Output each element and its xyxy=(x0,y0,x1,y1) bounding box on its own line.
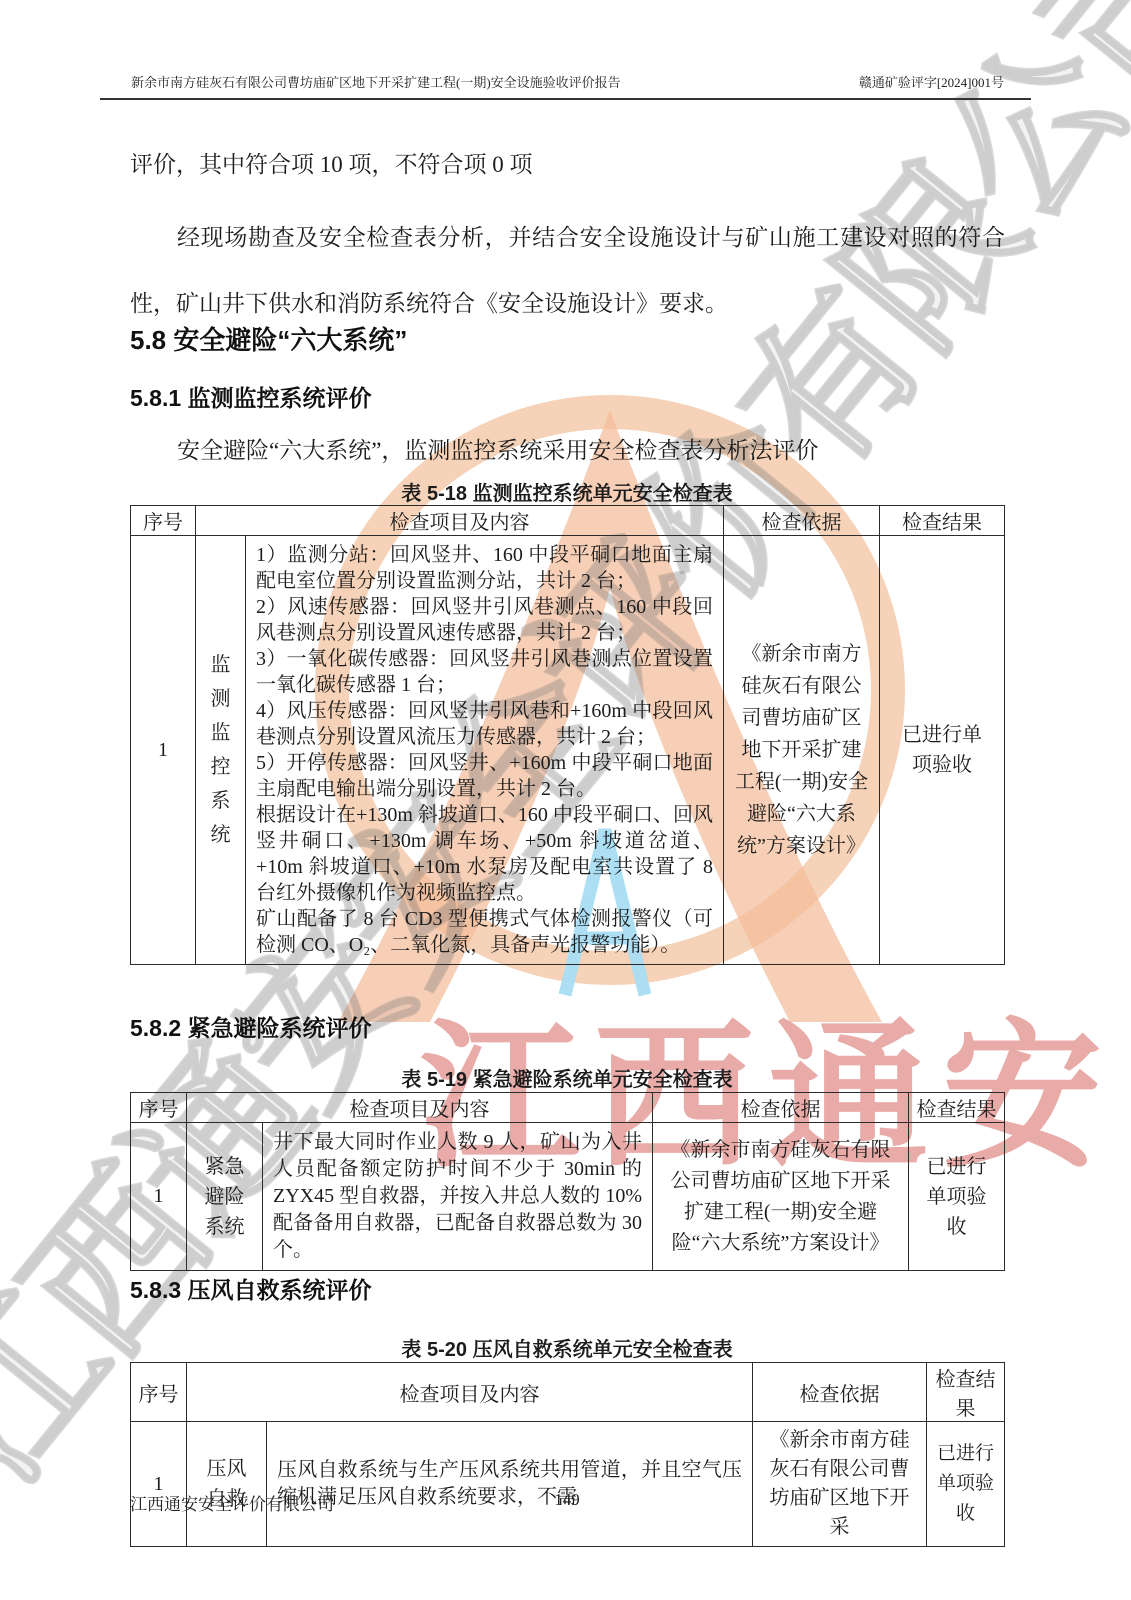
col-header-no: 序号 xyxy=(131,1093,187,1123)
table-5-18: 序号 检查项目及内容 检查依据 检查结果 1 监测监控系统 1）监测分站：回风竖… xyxy=(130,505,1005,965)
check-item: 2）风速传感器：回风竖井引风巷测点、160 中段回风巷测点分别设置风速传感器，共… xyxy=(256,594,713,646)
heading-5-8: 5.8 安全避险“六大系统” xyxy=(130,320,407,357)
col-header-result: 检查结果 xyxy=(927,1363,1005,1422)
table-5-18-caption: 表 5-18 监测监控系统单元安全检查表 xyxy=(130,477,1004,506)
table-header-row: 序号 检查项目及内容 检查依据 检查结果 xyxy=(131,1093,1005,1123)
footer-page-number: 149 xyxy=(130,1490,1004,1510)
paragraph-site-survey: 经现场勘查及安全检查表分析，并结合安全设施设计与矿山施工建设对照的符合性，矿山井… xyxy=(130,205,1005,337)
cell-check-content: 井下最大同时作业人数 9 人，矿山为入井人员配备额定防护时间不少于 30min … xyxy=(263,1123,653,1271)
table-header-row: 序号 检查项目及内容 检查依据 检查结果 xyxy=(131,506,1005,536)
col-header-no: 序号 xyxy=(131,506,196,536)
cell-check-basis: 《新余市南方硅灰石有限公司曹坊庙矿区地下开采扩建工程(一期)安全避险“六大系统”… xyxy=(724,536,880,965)
heading-5-8-2: 5.8.2 紧急避险系统评价 xyxy=(130,1010,372,1043)
col-header-content: 检查项目及内容 xyxy=(187,1363,753,1422)
page-header: 新余市南方硅灰石有限公司曹坊庙矿区地下开采扩建工程(一期)安全设施验收评价报告 … xyxy=(131,72,1004,91)
cell-check-result: 已进行单项验收 xyxy=(927,1422,1005,1547)
cell-check-content: 压风自救系统与生产压风系统共用管道，并且空气压缩机满足压风自救系统要求，不需 xyxy=(267,1422,753,1547)
cell-check-result: 已进行单项验收 xyxy=(880,536,1005,965)
cell-check-content: 1）监测分站：回风竖井、160 中段平硐口地面主扇配电室位置分别设置监测分站，共… xyxy=(246,536,724,965)
cell-check-basis: 《新余市南方硅灰石有限公司曹坊庙矿区地下开采 xyxy=(753,1422,927,1547)
header-doc-number: 赣通矿验评字[2024]001号 xyxy=(859,72,1004,91)
cell-serial-number: 1 xyxy=(131,1422,187,1547)
col-header-basis: 检查依据 xyxy=(724,506,880,536)
col-header-no: 序号 xyxy=(131,1363,187,1422)
cell-system-name: 监测监控系统 xyxy=(196,536,246,965)
col-header-basis: 检查依据 xyxy=(753,1363,927,1422)
check-item: 矿山配备了 8 台 CD3 型便携式气体检测报警仪（可检测 CO、O₂、二氧化氮… xyxy=(256,906,713,958)
vertical-system-label: 紧急避险系统 xyxy=(204,1152,246,1242)
report-page: 江西通安安全评价有限公司 江西通安 新余市南方硅灰石有限公司曹坊庙矿区地下开采扩… xyxy=(0,0,1131,1600)
cell-serial-number: 1 xyxy=(131,1123,187,1271)
page-content: 新余市南方硅灰石有限公司曹坊庙矿区地下开采扩建工程(一期)安全设施验收评价报告 … xyxy=(0,0,1131,1600)
header-rule xyxy=(100,98,1031,100)
paragraph-monitoring-intro: 安全避险“六大系统”，监测监控系统采用安全检查表分析法评价 xyxy=(130,432,1005,465)
table-5-20-caption: 表 5-20 压风自救系统单元安全检查表 xyxy=(130,1333,1004,1362)
check-item: 根据设计在+130m 斜坡道口、160 中段平硐口、回风竖井硐口、+130m 调… xyxy=(256,802,713,906)
cell-check-result: 已进行单项验收 xyxy=(909,1123,1005,1271)
check-item: 3）一氧化碳传感器：回风竖井引风巷测点位置设置一氧化碳传感器 1 台； xyxy=(256,646,713,698)
table-header-row: 序号 检查项目及内容 检查依据 检查结果 xyxy=(131,1363,1005,1422)
heading-5-8-3: 5.8.3 压风自救系统评价 xyxy=(130,1272,372,1305)
col-header-result: 检查结果 xyxy=(880,506,1005,536)
cell-system-name: 紧急避险系统 xyxy=(187,1123,263,1271)
table-row: 1 监测监控系统 1）监测分站：回风竖井、160 中段平硐口地面主扇配电室位置分… xyxy=(131,536,1005,965)
table-5-19-caption: 表 5-19 紧急避险系统单元安全检查表 xyxy=(130,1063,1004,1092)
cell-serial-number: 1 xyxy=(131,536,196,965)
vertical-system-label: 监测监控系统 xyxy=(210,648,232,852)
col-header-basis: 检查依据 xyxy=(653,1093,909,1123)
col-header-content: 检查项目及内容 xyxy=(196,506,724,536)
header-left-title: 新余市南方硅灰石有限公司曹坊庙矿区地下开采扩建工程(一期)安全设施验收评价报告 xyxy=(131,72,621,91)
col-header-result: 检查结果 xyxy=(909,1093,1005,1123)
cell-check-basis: 《新余市南方硅灰石有限公司曹坊庙矿区地下开采扩建工程(一期)安全避险“六大系统”… xyxy=(653,1123,909,1271)
check-item: 1）监测分站：回风竖井、160 中段平硐口地面主扇配电室位置分别设置监测分站，共… xyxy=(256,542,713,594)
table-5-20: 序号 检查项目及内容 检查依据 检查结果 1 压风自救 压风自救系统与生产压风系… xyxy=(130,1362,1005,1547)
table-row: 1 紧急避险系统 井下最大同时作业人数 9 人，矿山为入井人员配备额定防护时间不… xyxy=(131,1123,1005,1271)
col-header-content: 检查项目及内容 xyxy=(187,1093,653,1123)
table-5-19: 序号 检查项目及内容 检查依据 检查结果 1 紧急避险系统 井下最大同时作业人数… xyxy=(130,1092,1005,1271)
heading-5-8-1: 5.8.1 监测监控系统评价 xyxy=(130,380,372,413)
table-row: 1 压风自救 压风自救系统与生产压风系统共用管道，并且空气压缩机满足压风自救系统… xyxy=(131,1422,1005,1547)
cell-system-name: 压风自救 xyxy=(187,1422,267,1547)
paragraph-compliance: 评价，其中符合项 10 项，不符合项 0 项 xyxy=(130,146,1005,179)
check-item: 5）开停传感器：回风竖井、+160m 中段平硐口地面主扇配电输出端分别设置，共计… xyxy=(256,750,713,802)
check-item: 4）风压传感器：回风竖井引风巷和+160m 中段回风巷测点分别设置风流压力传感器… xyxy=(256,698,713,750)
